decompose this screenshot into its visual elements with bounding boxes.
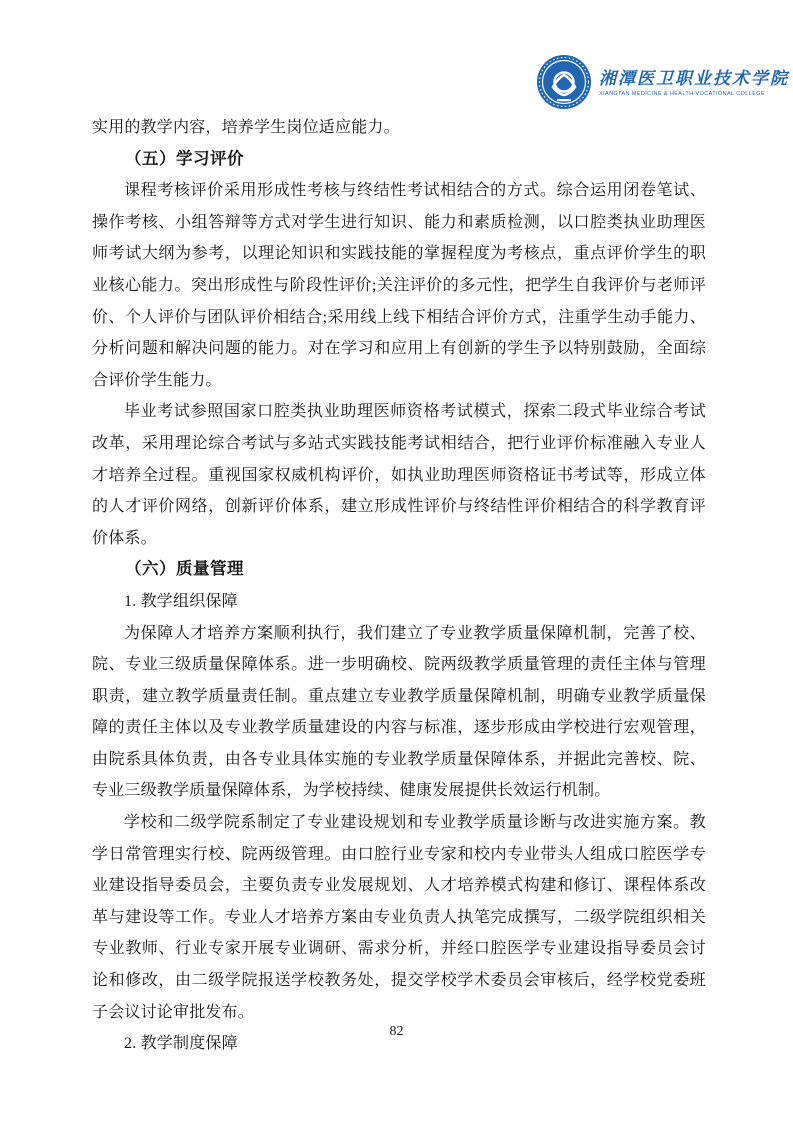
paragraph-school-college-management: 学校和二级学院系制定了专业建设规划和专业教学质量诊断与改进实施方案。教学日常管理… — [92, 807, 706, 1028]
college-logo-text: 湘潭医卫职业技术学院 XIANGTAN MEDICINE & HEALTH VO… — [599, 68, 789, 97]
college-name-en: XIANGTAN MEDICINE & HEALTH VOCATIONAL CO… — [599, 91, 789, 97]
paragraph-quality-assurance-system: 为保障人才培养方案顺利执行，我们建立了专业教学质量保障机制，完善了校、院、专业三… — [92, 618, 706, 808]
college-name-cn: 湘潭医卫职业技术学院 — [599, 68, 789, 90]
college-logo-emblem — [536, 54, 592, 110]
paragraph-course-assessment: 课程考核评价采用形成性考核与终结性考试相结合的方式。综合运用闭卷笔试、操作考核、… — [92, 175, 706, 396]
section-heading-learning-evaluation: （五）学习评价 — [92, 144, 706, 176]
college-logo: 湘潭医卫职业技术学院 XIANGTAN MEDICINE & HEALTH VO… — [536, 54, 789, 110]
paragraph-continuation: 实用的教学内容，培养学生岗位适应能力。 — [92, 112, 706, 144]
document-body: 实用的教学内容，培养学生岗位适应能力。 （五）学习评价 课程考核评价采用形成性考… — [92, 112, 706, 1060]
page-number: 82 — [0, 1024, 793, 1040]
section-heading-quality-management: （六）质量管理 — [92, 554, 706, 586]
paragraph-graduation-exam: 毕业考试参照国家口腔类执业助理医师资格考试模式，探索二段式毕业综合考试改革，采用… — [92, 396, 706, 554]
document-page: 湘潭医卫职业技术学院 XIANGTAN MEDICINE & HEALTH VO… — [0, 0, 793, 1122]
subsection-teaching-organization: 1. 教学组织保障 — [92, 586, 706, 618]
